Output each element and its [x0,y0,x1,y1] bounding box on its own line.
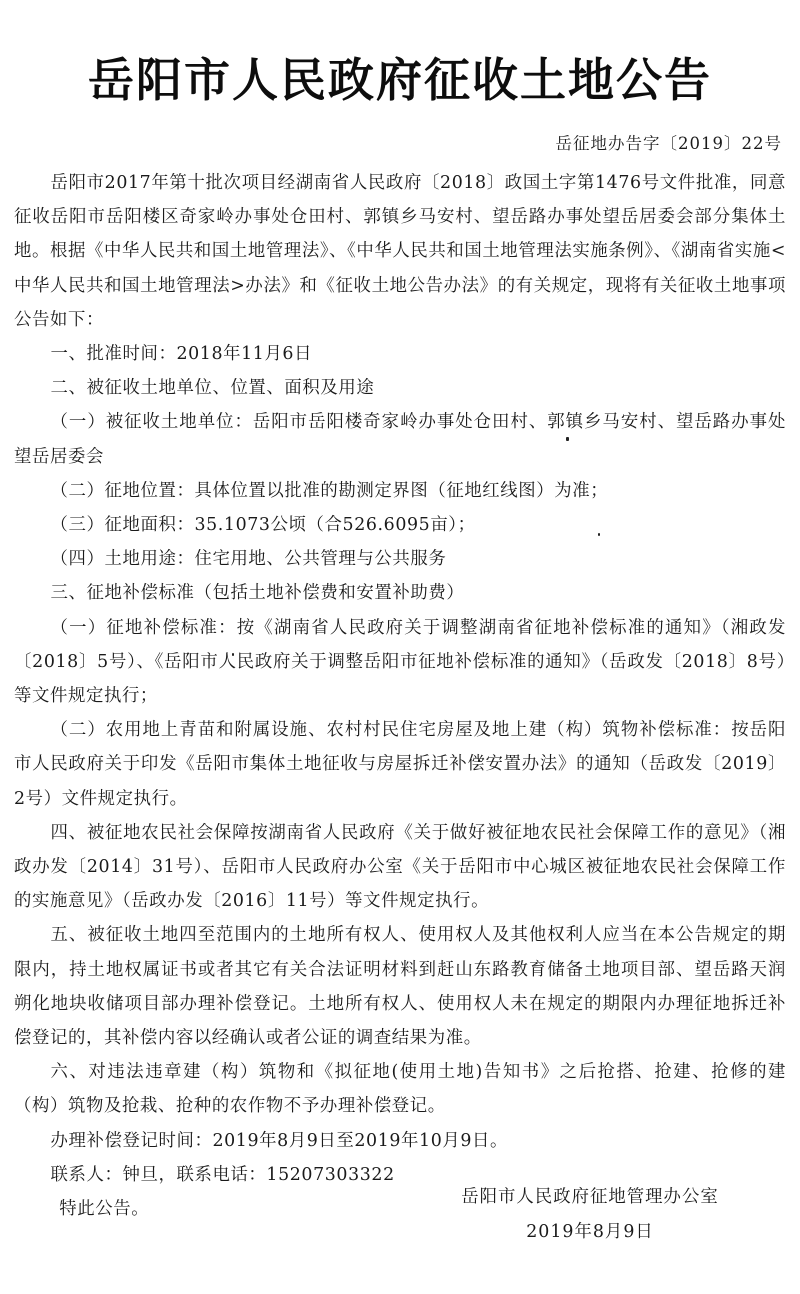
issuer-name: 岳阳市人民政府征地管理办公室 [450,1180,730,1215]
section-4-social-security: 四、被征地农民社会保障按湖南省人民政府《关于做好被征地农民社会保障工作的意见》（… [14,816,786,919]
registration-period: 办理补偿登记时间：2019年8月9日至2019年10月9日。 [14,1124,786,1158]
scan-speck [478,759,480,762]
section-2-item-2-location: （二）征地位置：具体位置以批准的勘测定界图（征地红线图）为准； [14,474,786,508]
intro-paragraph: 岳阳市2017年第十批次项目经湖南省人民政府〔2018〕政国土字第1476号文件… [14,166,786,337]
issue-date: 2019年8月9日 [450,1215,730,1250]
section-3-item-2-standard: （二）农用地上青苗和附属设施、农村村民住宅房屋及地上建（构）筑物补偿标准：按岳阳… [14,713,786,816]
document-body: 岳阳市2017年第十批次项目经湖南省人民政府〔2018〕政国土字第1476号文件… [14,166,786,1226]
section-1-approval-time: 一、批准时间：2018年11月6日 [14,337,786,371]
section-3-heading: 三、征地补偿标准（包括土地补偿费和安置补助费） [14,576,786,610]
document-title: 岳阳市人民政府征收土地公告 [0,44,800,110]
section-2-item-3-area: （三）征地面积：35.1073公顷（合526.6095亩）； [14,508,786,542]
section-5-registration: 五、被征收土地四至范围内的土地所有权人、使用权人及其他权利人应当在本公告规定的期… [14,918,786,1055]
scan-speck [232,653,234,656]
section-2-item-4-usage: （四）土地用途：住宅用地、公共管理与公共服务 [14,542,786,576]
section-6-illegal-structures: 六、对违法违章建（构）筑物和《拟征地(使用土地)告知书》之后抢搭、抢建、抢修的建… [14,1055,786,1123]
section-3-item-1-standard: （一）征地补偿标准：按《湖南省人民政府关于调整湖南省征地补偿标准的通知》（湘政发… [14,611,786,714]
section-2-heading: 二、被征收土地单位、位置、面积及用途 [14,371,786,405]
signature-block: 岳阳市人民政府征地管理办公室 2019年8月9日 [450,1180,730,1250]
document-number: 岳征地办告字〔2019〕22号 [556,130,783,154]
scan-speck [598,533,600,536]
scan-speck [566,437,569,441]
section-2-item-1-units: （一）被征收土地单位：岳阳市岳阳楼奇家岭办事处仓田村、郭镇乡马安村、望岳路办事处… [14,405,786,473]
